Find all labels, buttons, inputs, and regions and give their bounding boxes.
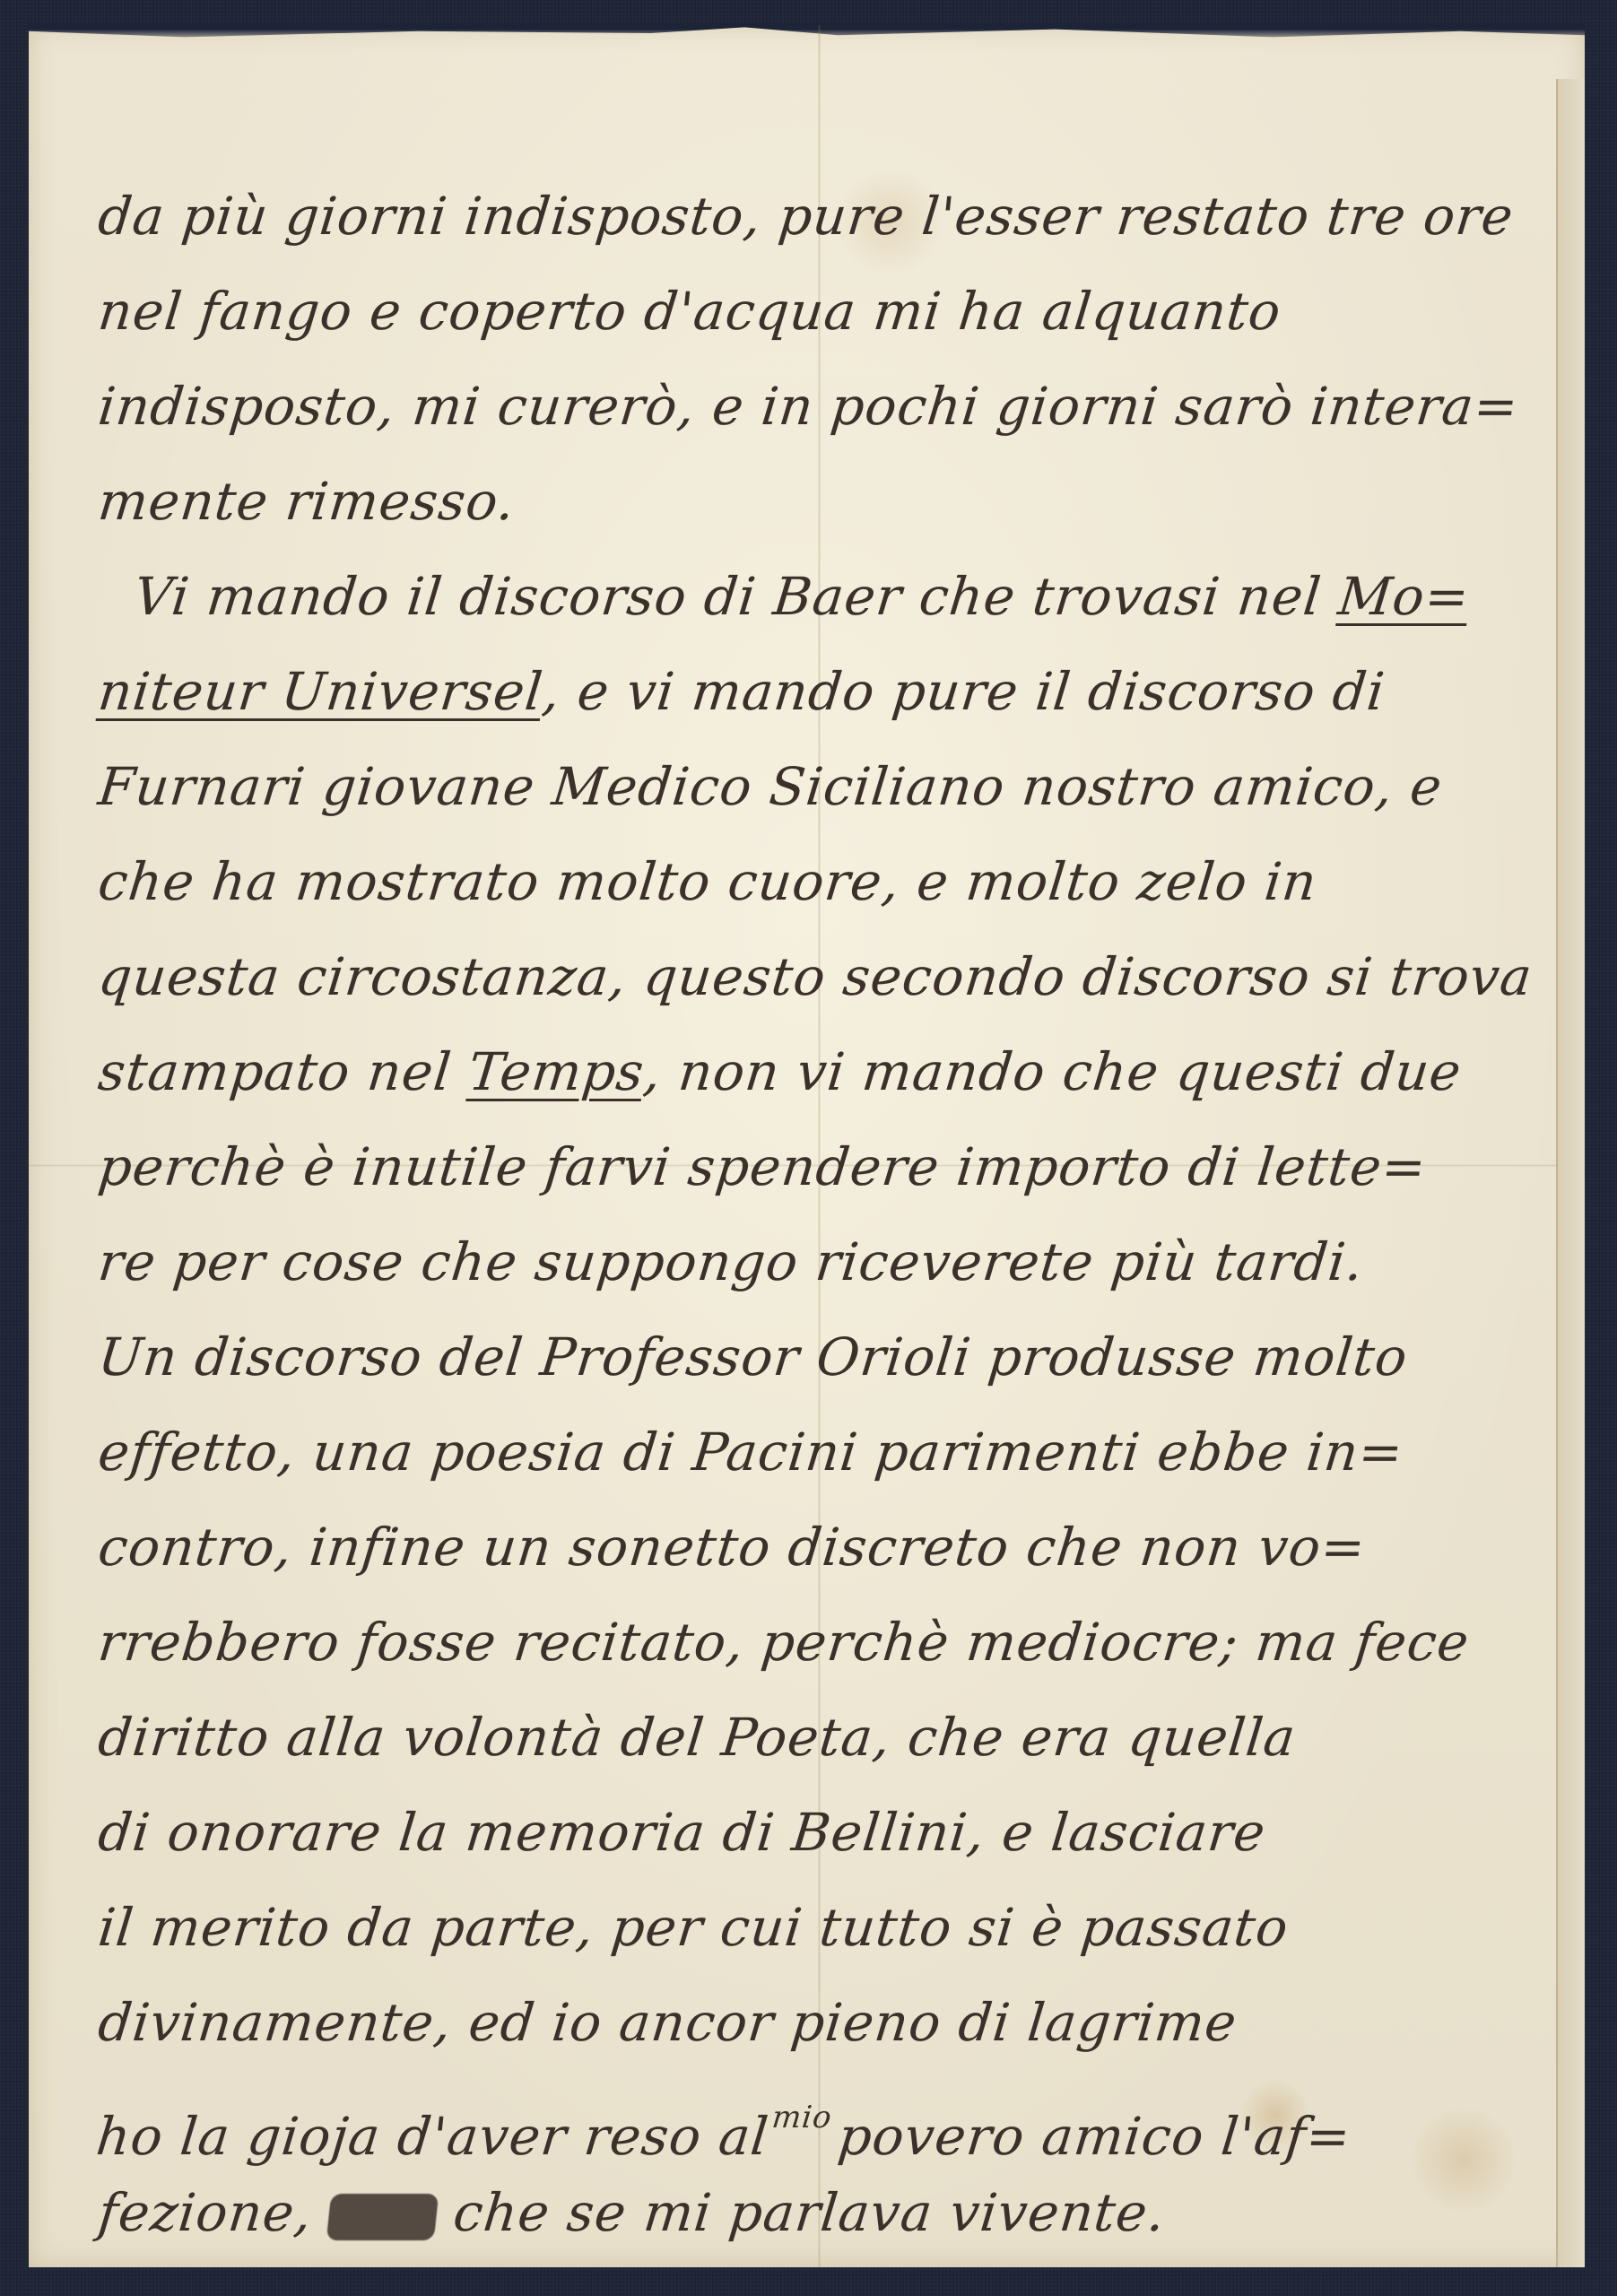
crossed-out-word: che [326,2194,439,2240]
text-line: diritto alla volontà del Poeta, che era … [93,1690,1574,1785]
text-segment: stampato nel [95,1041,472,1102]
text-line: effetto, una poesia di Pacini parimenti … [93,1405,1574,1500]
text-line: nel fango e coperto d'acqua mi ha alquan… [93,264,1574,359]
text-segment: povero amico l'af= [818,2106,1354,2167]
text-line: stampato nel Temps, non vi mando che que… [93,1024,1574,1119]
text-segment: , non vi mando che questi due [641,1041,1465,1102]
text-line: Vi mando il discorso di Baer che trovasi… [93,549,1574,644]
text-segment: che se mi parlava vivente. [433,2182,1169,2243]
underlined-title: Mo= [1335,566,1473,627]
underlined-title: Temps [465,1041,648,1102]
underlined-title: niteur Universel [95,661,545,722]
text-line: questa circostanza, questo secondo disco… [93,929,1574,1024]
text-line: indisposto, mi curerò, e in pochi giorni… [93,359,1574,454]
text-segment: fezione, [95,2182,333,2243]
text-line: il merito da parte, per cui tutto si è p… [93,1880,1574,1975]
text-segment: Vi mando il discorso di Baer che trovasi… [131,566,1342,627]
text-line: Un discorso del Professor Orioli produss… [93,1309,1574,1405]
text-line: di onorare la memoria di Bellini, e lasc… [93,1785,1574,1880]
text-line: divinamente, ed io ancor pieno di lagrim… [93,1975,1574,2070]
text-line: contro, infine un sonetto discreto che n… [93,1500,1574,1595]
text-line: che ha mostrato molto cuore, e molto zel… [93,834,1574,929]
text-segment: , e vi mando pure il discorso di [540,661,1388,722]
text-line: re per cose che suppongo riceverete più … [93,1214,1574,1309]
text-line: Furnari giovane Medico Siciliano nostro … [93,739,1574,834]
handwritten-text: da più giorni indisposto, pure l'esser r… [99,169,1569,2260]
text-line: ho la gioja d'aver reso almio povero ami… [93,2070,1574,2165]
text-line: da più giorni indisposto, pure l'esser r… [93,169,1574,264]
text-line: mente rimesso. [93,454,1574,549]
letter-page: da più giorni indisposto, pure l'esser r… [29,25,1585,2267]
text-line: rrebbero fosse recitato, perchè mediocre… [93,1595,1574,1690]
torn-edge [29,23,1585,43]
text-line: fezione, che che se mi parlava vivente. [93,2165,1574,2260]
text-segment: ho la gioja d'aver reso al [93,2106,771,2167]
text-line: niteur Universel, e vi mando pure il dis… [93,644,1574,739]
text-line: perchè è inutile farvi spendere importo … [93,1119,1574,1214]
